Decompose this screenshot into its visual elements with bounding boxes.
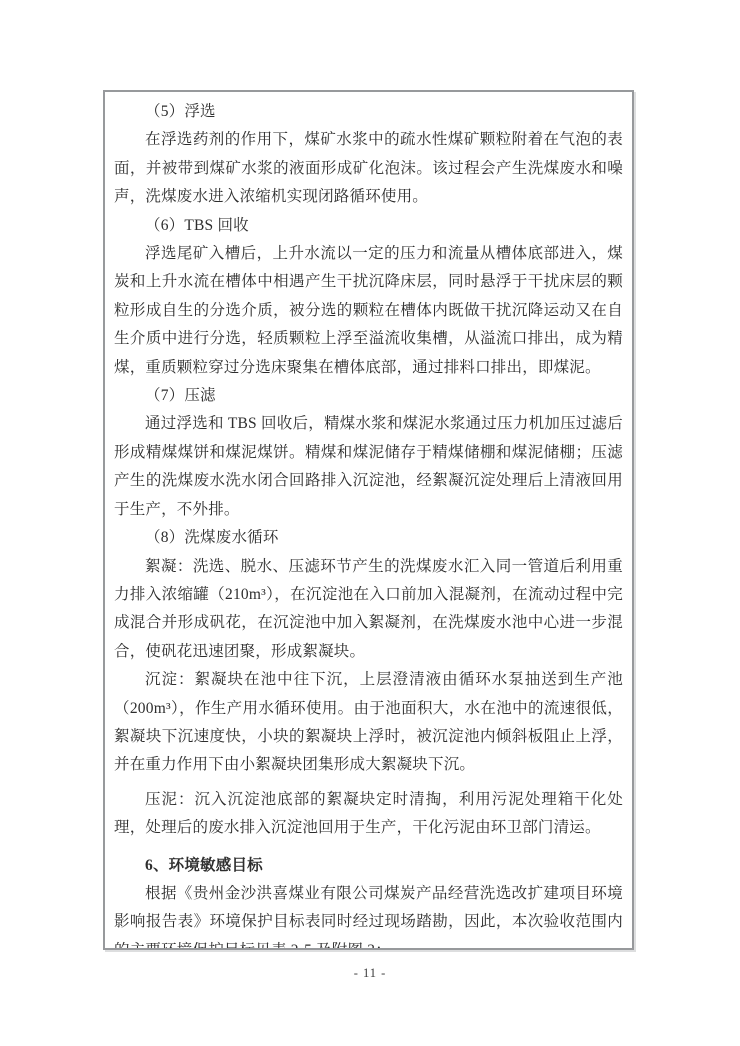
env-sensitive-targets-heading: 6、环境敏感目标 xyxy=(114,852,623,880)
flocculation-paragraph: 絮凝：洗选、脱水、压滤环节产生的洗煤废水汇入同一管道后利用重力排入浓缩罐（210… xyxy=(114,553,623,667)
sedimentation-paragraph: 沉淀：絮凝块在池中往下沉，上层澄清液由循环水泵抽送到生产池（200m³），作生产… xyxy=(114,666,623,780)
page-number: - 11 - xyxy=(0,966,740,981)
bordered-text-cell: （5）浮选 在浮选药剂的作用下，煤矿水浆中的疏水性煤矿颗粒附着在气泡的表面，并被… xyxy=(103,90,634,950)
flotation-paragraph: 在浮选药剂的作用下，煤矿水浆中的疏水性煤矿颗粒附着在气泡的表面，并被带到煤矿水浆… xyxy=(114,126,623,211)
section-6-subheading: （6）TBS 回收 xyxy=(114,212,623,240)
section-5-subheading: （5）浮选 xyxy=(114,98,623,126)
document-page: （5）浮选 在浮选药剂的作用下，煤矿水浆中的疏水性煤矿颗粒附着在气泡的表面，并被… xyxy=(0,0,740,1046)
sludge-press-paragraph: 压泥：沉入沉淀池底部的絮凝块定时清掏，利用污泥处理箱干化处理，处理后的废水排入沉… xyxy=(114,786,623,843)
section-8-subheading: （8）洗煤废水循环 xyxy=(114,524,623,552)
env-protection-targets-paragraph: 根据《贵州金沙洪喜煤业有限公司煤炭产品经营洗选改扩建项目环境影响报告表》环境保护… xyxy=(114,880,623,950)
section-7-subheading: （7）压滤 xyxy=(114,382,623,410)
press-filter-paragraph: 通过浮选和 TBS 回收后，精煤水浆和煤泥水浆通过压力机加压过滤后形成精煤煤饼和… xyxy=(114,410,623,524)
tbs-recovery-paragraph: 浮选尾矿入槽后，上升水流以一定的压力和流量从槽体底部进入，煤炭和上升水流在槽体中… xyxy=(114,240,623,382)
